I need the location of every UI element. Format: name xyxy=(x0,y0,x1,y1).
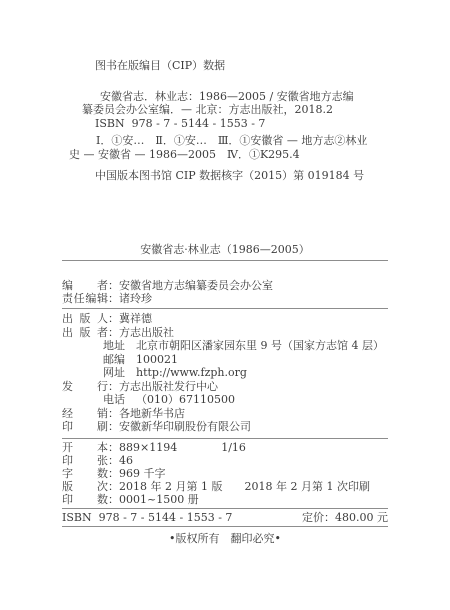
responsible-editor-row: 责任编辑：诸玲珍 xyxy=(62,292,388,305)
publisher-row: 出版者：方志出版社 xyxy=(62,326,388,340)
word-count-row: 字数：969 千字 xyxy=(62,467,388,480)
row-label: 开本 xyxy=(62,441,108,454)
postcode-row: 邮编 100021 xyxy=(62,353,388,367)
row-value: 各地新华书店 xyxy=(119,407,185,421)
row-separator xyxy=(125,366,136,380)
row-label: 版次 xyxy=(62,480,108,493)
edition-row: 版次：2018 年 2 月第 1 版 2018 年 2 月第 1 次印刷 xyxy=(62,480,388,493)
row-separator xyxy=(125,339,136,353)
row-separator: ： xyxy=(108,312,119,326)
row-label: 出版人 xyxy=(62,312,108,326)
row-separator: ： xyxy=(108,454,119,467)
cip-entry-line1: 安徽省志．林业志：1986—2005 / 安徽省地方志编 xyxy=(100,90,388,104)
row-separator: ： xyxy=(108,441,119,454)
cip-registry-line: 中国版本图书馆 CIP 数据核字（2015）第 019184 号 xyxy=(95,169,388,183)
row-label: 网址 xyxy=(103,366,125,380)
cip-class-line2: 史 — 安徽省 — 1986—2005 Ⅳ．①K295.4 xyxy=(69,148,388,162)
row-separator xyxy=(125,393,136,407)
distributor-row: 发行：方志出版社发行中心 xyxy=(62,380,388,394)
row-separator: ： xyxy=(108,467,119,480)
row-value: 安徽新华印刷股份有限公司 xyxy=(119,420,251,434)
colophon-title-section: 安徽省志·林业志（1986—2005） xyxy=(62,243,388,261)
row-separator: ： xyxy=(108,407,119,421)
cip-heading: 图书在版编目（CIP）数据 xyxy=(95,59,388,73)
row-label: 经销 xyxy=(62,407,108,421)
row-label: 责任编辑 xyxy=(62,292,108,305)
row-value: 889×1194 1/16 xyxy=(119,441,246,454)
row-value: 方志出版社 xyxy=(119,326,174,340)
isbn-price-section: ISBN 978 - 7 - 5144 - 1553 - 7 定价：480.00… xyxy=(62,511,388,527)
format-section: 开本：889×1194 1/16 印张：46 字数：969 千字 版次：2018… xyxy=(62,441,388,509)
row-value: 北京市朝阳区潘家园东里 9 号（国家方志馆 4 层） xyxy=(136,339,384,353)
row-separator: ： xyxy=(108,326,119,340)
row-label: 印张 xyxy=(62,454,108,467)
row-value: 0001~1500 册 xyxy=(119,493,199,506)
copyright-notice: •版权所有 翻印必究• xyxy=(62,532,388,545)
editors-section: 编者：安徽省地方志编纂委员会办公室 责任编辑：诸玲珍 xyxy=(62,279,388,309)
row-label: 出版者 xyxy=(62,326,108,340)
cip-block: 图书在版编目（CIP）数据 安徽省志．林业志：1986—2005 / 安徽省地方… xyxy=(62,59,388,183)
row-value: http://www.fzph.org xyxy=(136,366,247,380)
editor-row: 编者：安徽省地方志编纂委员会办公室 xyxy=(62,279,388,292)
row-value: 安徽省地方志编纂委员会办公室 xyxy=(119,279,273,292)
row-value: 冀祥德 xyxy=(119,312,152,326)
row-value: 969 千字 xyxy=(119,467,166,480)
row-value: 100021 xyxy=(136,353,178,367)
row-value: （010）67110500 xyxy=(136,393,235,407)
copyright-text: •版权所有 翻印必究• xyxy=(169,532,281,545)
row-label: 发行 xyxy=(62,380,108,394)
printed-sheets-row: 印张：46 xyxy=(62,454,388,467)
row-separator: ： xyxy=(108,380,119,394)
row-label: 印刷 xyxy=(62,420,108,434)
printer-row: 印刷：安徽新华印刷股份有限公司 xyxy=(62,420,388,434)
row-value: 46 xyxy=(119,454,133,467)
row-label: 编者 xyxy=(62,279,108,292)
row-label: 字数 xyxy=(62,467,108,480)
row-separator: ： xyxy=(108,480,119,493)
address-row: 地址 北京市朝阳区潘家园东里 9 号（国家方志馆 4 层） xyxy=(62,339,388,353)
phone-row: 电话 （010）67110500 xyxy=(62,393,388,407)
price: 定价：480.00 元 xyxy=(302,511,388,524)
row-label: 地址 xyxy=(103,339,125,353)
row-separator: ： xyxy=(108,493,119,506)
row-value: 诸玲珍 xyxy=(119,292,152,305)
publishing-section: 出版人：冀祥德 出版者：方志出版社 地址 北京市朝阳区潘家园东里 9 号（国家方… xyxy=(62,312,388,439)
row-label: 印数 xyxy=(62,493,108,506)
print-run-row: 印数：0001~1500 册 xyxy=(62,493,388,506)
row-separator: ： xyxy=(108,292,119,305)
sheet-size-row: 开本：889×1194 1/16 xyxy=(62,441,388,454)
retailer-row: 经销：各地新华书店 xyxy=(62,407,388,421)
row-label: 邮编 xyxy=(103,353,125,367)
row-separator: ： xyxy=(108,420,119,434)
row-separator xyxy=(125,353,136,367)
isbn-footer: ISBN 978 - 7 - 5144 - 1553 - 7 xyxy=(62,511,232,524)
cip-class-line1: Ⅰ．①安… Ⅱ．①安… Ⅲ．①安徽省 — 地方志②林业 xyxy=(96,134,388,148)
publisher-person-row: 出版人：冀祥德 xyxy=(62,312,388,326)
cip-entry-line2: 纂委员会办公室编．— 北京：方志出版社，2018.2 xyxy=(82,103,388,117)
row-separator: ： xyxy=(108,279,119,292)
book-title: 安徽省志·林业志（1986—2005） xyxy=(140,243,309,256)
row-value: 2018 年 2 月第 1 版 2018 年 2 月第 1 次印刷 xyxy=(119,480,370,493)
cip-isbn-line: ISBN 978 - 7 - 5144 - 1553 - 7 xyxy=(95,117,388,131)
website-row: 网址 http://www.fzph.org xyxy=(62,366,388,380)
row-value: 方志出版社发行中心 xyxy=(119,380,218,394)
cip-entry: 安徽省志．林业志：1986—2005 / 安徽省地方志编 纂委员会办公室编．— … xyxy=(62,90,388,131)
row-label: 电话 xyxy=(103,393,125,407)
cip-classification: Ⅰ．①安… Ⅱ．①安… Ⅲ．①安徽省 — 地方志②林业 史 — 安徽省 — 19… xyxy=(62,134,388,161)
book-copyright-page: 图书在版编目（CIP）数据 安徽省志．林业志：1986—2005 / 安徽省地方… xyxy=(0,0,450,610)
